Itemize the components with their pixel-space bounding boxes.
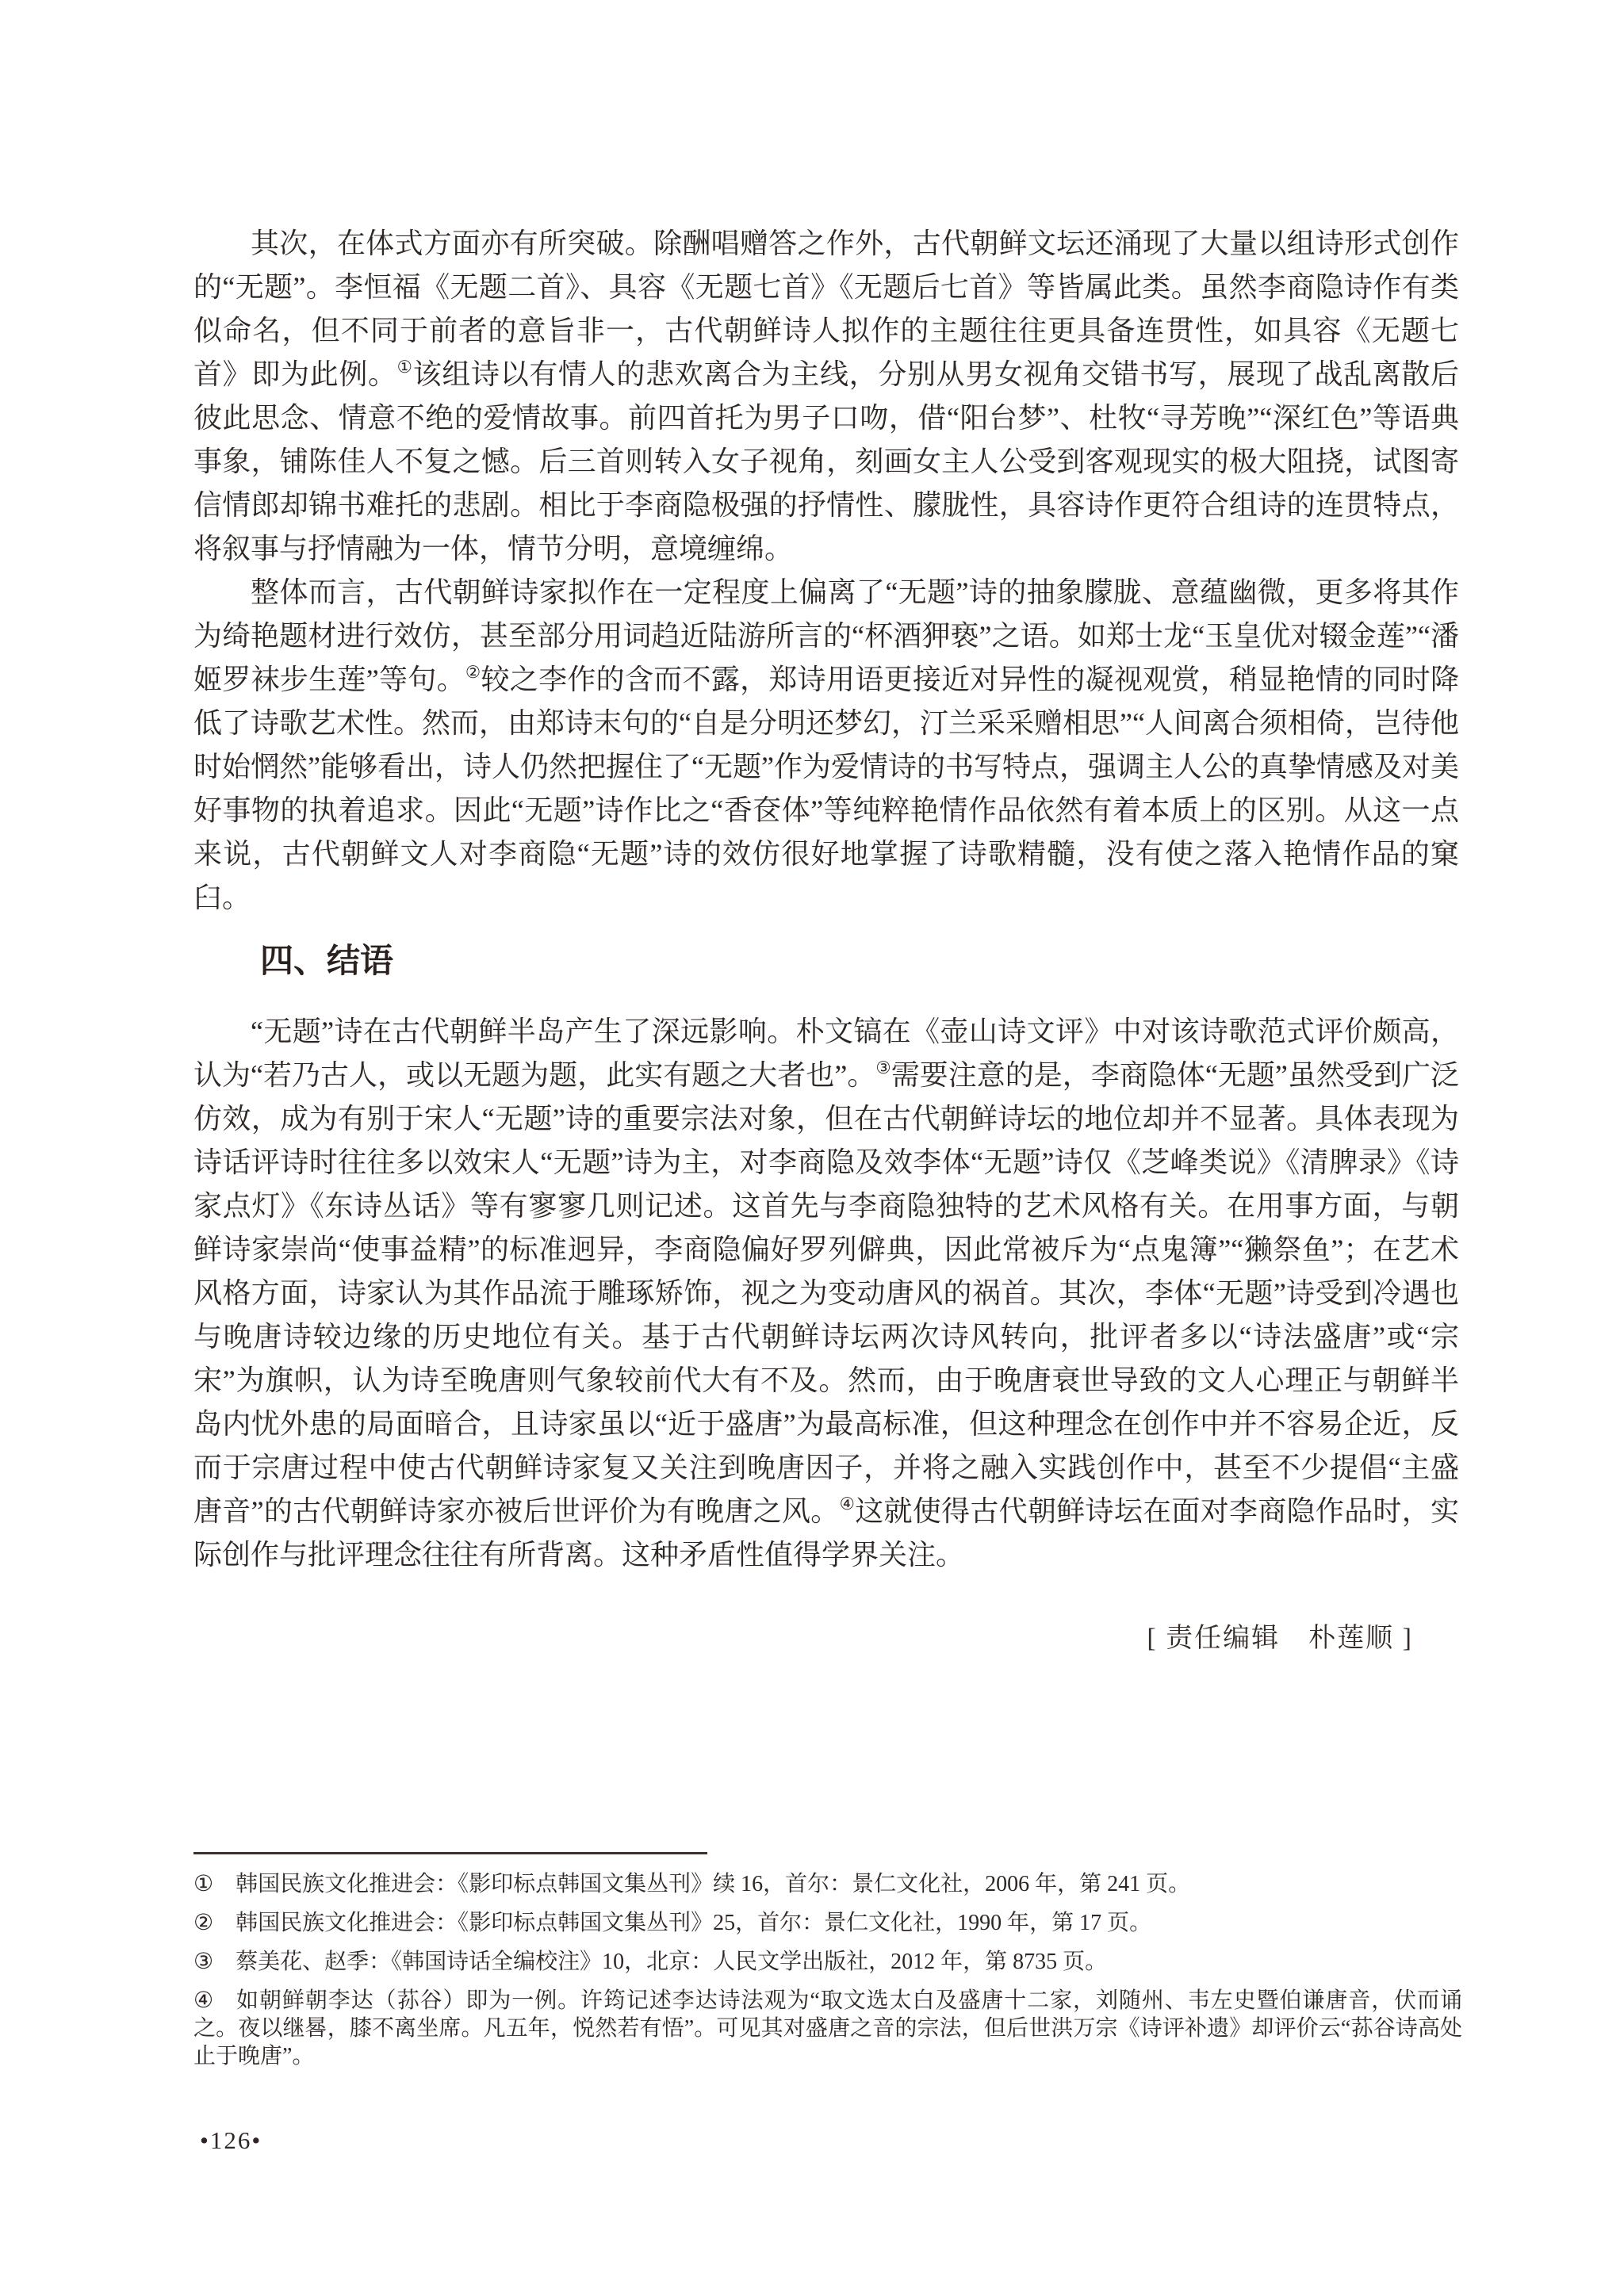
page-number: •126• (200, 2126, 262, 2155)
article-body: 其次，在体式方面亦有所突破。除酬唱赠答之作外，古代朝鲜文坛还涌现了大量以组诗形式… (193, 222, 1459, 1656)
footnote-1-marker: ① (193, 1872, 213, 1896)
footnote-2-text: 韩国民族文化推进会：《影印标点韩国文集丛刊》25，首尔：景仁文化社，1990 年… (236, 1911, 1151, 1935)
footnote-4-marker: ④ (193, 1988, 214, 2013)
footnote-3: ③蔡美花、赵季：《韩国诗话全编校注》10，北京：人民文学出版社，2012 年，第… (193, 1948, 1462, 1976)
footnote-4: ④如朝鲜朝李达（荪谷）即为一例。许筠记述李达诗法观为“取文选太白及盛唐十二家，刘… (193, 1987, 1462, 2070)
section-heading-conclusion: 四、结语 (193, 940, 1459, 982)
footnote-2: ②韩国民族文化推进会：《影印标点韩国文集丛刊》25，首尔：景仁文化社，1990 … (193, 1909, 1462, 1937)
footnote-1: ①韩国民族文化推进会：《影印标点韩国文集丛刊》续 16，首尔：景仁文化社，200… (193, 1870, 1462, 1898)
footnote-3-text: 蔡美花、赵季：《韩国诗话全编校注》10，北京：人民文学出版社，2012 年，第 … (236, 1950, 1107, 1974)
footnotes-section: ①韩国民族文化推进会：《影印标点韩国文集丛刊》续 16，首尔：景仁文化社，200… (193, 1852, 1462, 2081)
footnote-4-text: 如朝鲜朝李达（荪谷）即为一例。许筠记述李达诗法观为“取文选太白及盛唐十二家，刘随… (193, 1988, 1462, 2068)
body-paragraph-1: 其次，在体式方面亦有所突破。除酬唱赠答之作外，古代朝鲜文坛还涌现了大量以组诗形式… (193, 222, 1459, 571)
footnote-3-marker: ③ (193, 1950, 213, 1974)
body-paragraph-2: 整体而言，古代朝鲜诗家拟作在一定程度上偏离了“无题”诗的抽象朦胧、意蕴幽微，更多… (193, 571, 1459, 920)
footnote-separator (193, 1852, 707, 1854)
editor-credit: [ 责任编辑 朴莲顺 ] (193, 1621, 1459, 1656)
footnote-1-text: 韩国民族文化推进会：《影印标点韩国文集丛刊》续 16，首尔：景仁文化社，2006… (236, 1872, 1190, 1896)
body-paragraph-3: “无题”诗在古代朝鲜半岛产生了深远影响。朴文镐在《壶山诗文评》中对该诗歌范式评价… (193, 1010, 1459, 1577)
journal-page: 其次，在体式方面亦有所突破。除酬唱赠答之作外，古代朝鲜文坛还涌现了大量以组诗形式… (0, 0, 1624, 2296)
footnote-2-marker: ② (193, 1911, 213, 1935)
